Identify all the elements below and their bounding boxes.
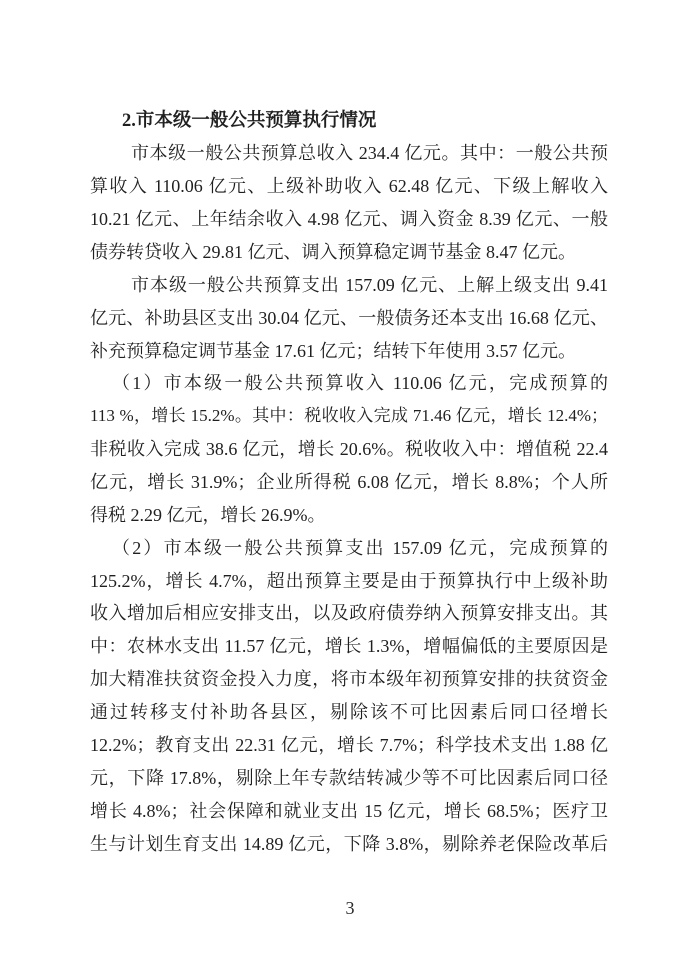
text-line: 算收入 110.06 亿元、上级补助收入 62.48 亿元、下级上解收入: [90, 170, 608, 203]
page-footer: 3: [0, 896, 700, 920]
paragraph-item-2-expenditure-detail: （2）市本级一般公共预算支出 157.09 亿元，完成预算的 125.2%，增长…: [90, 532, 608, 861]
paragraph-item-1-revenue-detail: （1）市本级一般公共预算收入 110.06 亿元，完成预算的 113 %，增长 …: [90, 367, 608, 531]
text-line: 生与计划生育支出 14.89 亿元，下降 3.8%，剔除养老保险改革后: [90, 828, 608, 861]
document-body: 2.市本级一般公共预算执行情况 市本级一般公共预算总收入 234.4 亿元。其中…: [90, 105, 608, 861]
text-line: 补充预算稳定调节基金 17.61 亿元；结转下年使用 3.57 亿元。: [90, 335, 608, 368]
section-heading: 2.市本级一般公共预算执行情况: [90, 105, 608, 138]
document-page: 2.市本级一般公共预算执行情况 市本级一般公共预算总收入 234.4 亿元。其中…: [0, 0, 700, 966]
text-line: 亿元，增长 31.9%；企业所得税 6.08 亿元，增长 8.8%；个人所: [90, 466, 608, 499]
text-line: 加大精准扶贫资金投入力度，将市本级年初预算安排的扶贫资金: [90, 663, 608, 696]
text-line: （2）市本级一般公共预算支出 157.09 亿元，完成预算的: [90, 532, 608, 565]
text-line: 债券转贷收入 29.81 亿元、调入预算稳定调节基金 8.47 亿元。: [90, 236, 608, 269]
text-line: （1）市本级一般公共预算收入 110.06 亿元，完成预算的: [90, 367, 608, 400]
text-line: 中：农林水支出 11.57 亿元，增长 1.3%，增幅偏低的主要原因是: [90, 630, 608, 663]
text-line: 市本级一般公共预算支出 157.09 亿元、上解上级支出 9.41: [90, 269, 608, 302]
text-line: 113 %，增长 15.2%。其中：税收收入完成 71.46 亿元，增长 12.…: [90, 400, 608, 433]
text-line: 亿元、补助县区支出 30.04 亿元、一般债务还本支出 16.68 亿元、: [90, 302, 608, 335]
text-line: 12.2%；教育支出 22.31 亿元，增长 7.7%；科学技术支出 1.88 …: [90, 729, 608, 762]
text-line: 得税 2.29 亿元，增长 26.9%。: [90, 499, 608, 532]
text-line: 市本级一般公共预算总收入 234.4 亿元。其中：一般公共预: [90, 137, 608, 170]
paragraph-total-revenue: 市本级一般公共预算总收入 234.4 亿元。其中：一般公共预 算收入 110.0…: [90, 137, 608, 268]
text-line: 增长 4.8%；社会保障和就业支出 15 亿元，增长 68.5%；医疗卫: [90, 795, 608, 828]
paragraph-total-expenditure: 市本级一般公共预算支出 157.09 亿元、上解上级支出 9.41 亿元、补助县…: [90, 269, 608, 368]
text-line: 125.2%，增长 4.7%，超出预算主要是由于预算执行中上级补助: [90, 565, 608, 598]
text-line: 非税收入完成 38.6 亿元，增长 20.6%。税收收入中：增值税 22.4: [90, 433, 608, 466]
page-number: 3: [346, 898, 355, 918]
text-line: 10.21 亿元、上年结余收入 4.98 亿元、调入资金 8.39 亿元、一般: [90, 203, 608, 236]
text-line: 元，下降 17.8%，剔除上年专款结转减少等不可比因素后同口径: [90, 762, 608, 795]
text-line: 收入增加后相应安排支出，以及政府债券纳入预算安排支出。其: [90, 597, 608, 630]
text-line: 通过转移支付补助各县区，剔除该不可比因素后同口径增长: [90, 696, 608, 729]
